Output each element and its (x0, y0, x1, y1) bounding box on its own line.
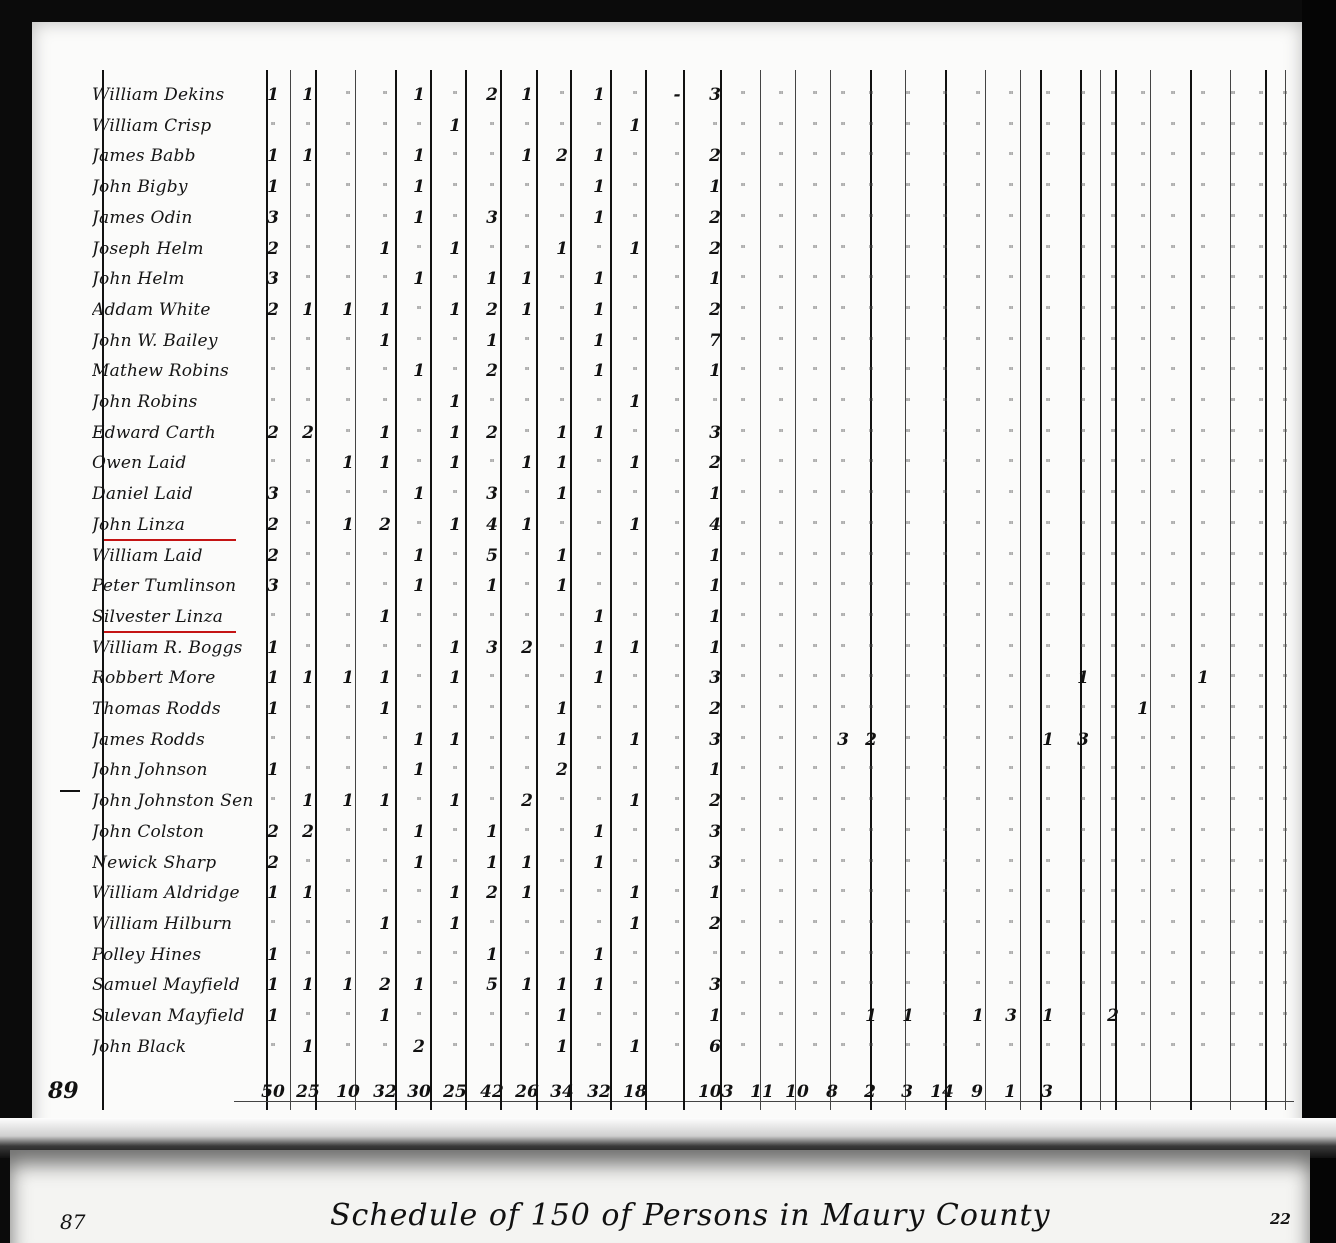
tally-cell: " (963, 85, 993, 102)
tally-cell: 1 (477, 822, 507, 842)
tally-cell: " (258, 1037, 288, 1054)
tally-cell: " (547, 791, 577, 808)
tally-cell: " (856, 914, 886, 931)
tally-cell: " (766, 576, 796, 593)
tally-cell: " (1270, 853, 1300, 870)
column-total: 14 (925, 1082, 959, 1102)
tally-cell: " (1188, 791, 1218, 808)
tally-cell: " (1270, 1037, 1300, 1054)
tally-cell: " (1098, 392, 1128, 409)
tally-cell: " (1270, 116, 1300, 133)
tally-cell: " (856, 515, 886, 532)
tally-cell: " (728, 1037, 758, 1054)
tally-cell: " (828, 300, 858, 317)
tally-cell: " (800, 239, 830, 256)
tally-cell: " (963, 453, 993, 470)
tally-cell: " (963, 515, 993, 532)
tally-cell: " (404, 668, 434, 685)
tally-cell: " (856, 208, 886, 225)
margin-dash-mark (60, 790, 80, 792)
tally-cell: " (1033, 638, 1063, 655)
tally-cell: " (512, 914, 542, 931)
tally-cell: " (1128, 146, 1158, 163)
tally-cell: " (662, 116, 692, 133)
tally-cell: 2 (258, 546, 288, 566)
tally-cell: " (333, 914, 363, 931)
tally-cell: " (1033, 576, 1063, 593)
tally-cell: " (1158, 576, 1188, 593)
household-name: William Crisp (92, 116, 267, 136)
tally-cell: " (856, 331, 886, 348)
tally-cell: " (828, 576, 858, 593)
tally-cell: " (440, 576, 470, 593)
tally-cell: " (856, 699, 886, 716)
tally-cell: 1 (584, 975, 614, 995)
tally-cell: " (1270, 576, 1300, 593)
tally-cell: " (1218, 576, 1248, 593)
tally-cell: 2 (370, 515, 400, 535)
tally-cell: " (370, 730, 400, 747)
tally-cell: " (963, 853, 993, 870)
tally-cell: 2 (477, 423, 507, 443)
tally-cell: " (1033, 945, 1063, 962)
tally-cell: " (1158, 392, 1188, 409)
tally-cell: " (800, 546, 830, 563)
household-name: William Aldridge (92, 883, 267, 903)
tally-cell: " (333, 945, 363, 962)
tally-cell: " (1188, 208, 1218, 225)
tally-cell: " (1033, 453, 1063, 470)
tally-cell: " (333, 361, 363, 378)
tally-cell: " (893, 668, 923, 685)
tally-cell: " (1158, 453, 1188, 470)
column-total: 9 (960, 1082, 994, 1102)
tally-cell: 1 (293, 300, 323, 320)
tally-cell: " (370, 576, 400, 593)
tally-cell: " (700, 945, 730, 962)
tally-cell: 1 (584, 607, 614, 627)
tally-cell: 1 (440, 453, 470, 473)
tally-cell: " (1218, 914, 1248, 931)
tally-cell: " (1218, 361, 1248, 378)
tally-cell: " (800, 116, 830, 133)
tally-cell: " (620, 975, 650, 992)
tally-cell: 3 (258, 269, 288, 289)
tally-cell: " (512, 208, 542, 225)
tally-cell: " (1098, 85, 1128, 102)
tally-cell: " (996, 484, 1026, 501)
household-name: William Hilburn (92, 914, 267, 934)
tally-cell: " (828, 423, 858, 440)
tally-cell: 1 (258, 760, 288, 780)
column-total: 25 (291, 1082, 325, 1102)
tally-cell: 1 (547, 1006, 577, 1026)
tally-cell: " (728, 484, 758, 501)
tally-cell: " (1068, 1037, 1098, 1054)
household-name: Sulevan Mayfield (92, 1006, 267, 1026)
tally-cell: " (370, 146, 400, 163)
tally-cell: " (1270, 975, 1300, 992)
tally-cell: " (728, 822, 758, 839)
tally-cell: " (477, 699, 507, 716)
tally-cell: " (1218, 945, 1248, 962)
tally-cell: " (800, 515, 830, 532)
tally-cell: 1 (293, 975, 323, 995)
tally-cell: " (800, 975, 830, 992)
tally-cell: " (1218, 853, 1248, 870)
tally-cell: " (293, 361, 323, 378)
tally-cell: " (856, 239, 886, 256)
red-underline (104, 631, 236, 633)
household-name: John Bigby (92, 177, 267, 197)
tally-cell: " (1158, 730, 1188, 747)
tally-cell: 1 (440, 730, 470, 750)
tally-cell: " (1218, 331, 1248, 348)
tally-cell: " (800, 576, 830, 593)
tally-cell: " (1068, 975, 1098, 992)
tally-cell: 1 (404, 85, 434, 105)
tally-cell: " (512, 1006, 542, 1023)
tally-cell: " (856, 423, 886, 440)
tally-cell: 1 (404, 576, 434, 596)
tally-cell: " (996, 515, 1026, 532)
tally-cell: " (370, 1037, 400, 1054)
tally-cell: " (996, 822, 1026, 839)
tally-cell: " (1098, 146, 1128, 163)
tally-cell: " (856, 822, 886, 839)
tally-cell: " (893, 853, 923, 870)
tally-cell: " (293, 484, 323, 501)
tally-cell: " (1158, 177, 1188, 194)
tally-cell: " (1188, 453, 1218, 470)
tally-cell: " (258, 914, 288, 931)
tally-cell: " (728, 116, 758, 133)
tally-cell: " (1098, 331, 1128, 348)
tally-cell: " (930, 576, 960, 593)
tally-cell: " (293, 945, 323, 962)
tally-cell: " (662, 208, 692, 225)
tally-cell: " (1188, 760, 1218, 777)
tally-cell: " (620, 576, 650, 593)
tally-cell: " (1218, 791, 1248, 808)
tally-cell: 1 (584, 300, 614, 320)
tally-cell: 1 (477, 945, 507, 965)
tally-cell: " (728, 423, 758, 440)
tally-cell: " (728, 791, 758, 808)
tally-cell: " (828, 699, 858, 716)
tally-cell: " (1218, 208, 1248, 225)
tally-cell: " (856, 361, 886, 378)
column-total: 32 (582, 1082, 616, 1102)
tally-cell: " (1128, 822, 1158, 839)
tally-cell: " (1270, 331, 1300, 348)
tally-cell: " (1218, 239, 1248, 256)
tally-cell: 1 (620, 914, 650, 934)
tally-cell: " (477, 1037, 507, 1054)
tally-cell: 1 (547, 699, 577, 719)
tally-cell: 2 (293, 423, 323, 443)
tally-cell: " (1068, 300, 1098, 317)
tally-cell: " (620, 822, 650, 839)
tally-cell: 1 (584, 146, 614, 166)
tally-cell: " (620, 607, 650, 624)
tally-cell: 2 (547, 760, 577, 780)
tally-cell: " (477, 146, 507, 163)
tally-cell: " (996, 208, 1026, 225)
tally-cell: " (512, 699, 542, 716)
tally-cell: " (800, 177, 830, 194)
tally-cell: " (1158, 546, 1188, 563)
tally-cell: " (800, 85, 830, 102)
tally-cell: " (1218, 822, 1248, 839)
tally-cell: " (930, 1037, 960, 1054)
tally-cell: " (856, 453, 886, 470)
tally-cell: " (1068, 853, 1098, 870)
tally-cell: " (963, 699, 993, 716)
tally-cell: 4 (477, 515, 507, 535)
tally-cell: " (1033, 853, 1063, 870)
tally-cell: " (333, 1006, 363, 1023)
tally-cell: " (477, 760, 507, 777)
tally-cell: " (1033, 914, 1063, 931)
tally-cell: 1 (404, 208, 434, 228)
tally-cell: " (1128, 423, 1158, 440)
tally-cell: 1 (1128, 699, 1158, 719)
tally-cell: " (856, 116, 886, 133)
household-name: Daniel Laid (92, 484, 267, 504)
tally-cell: " (404, 392, 434, 409)
tally-cell: " (1188, 853, 1218, 870)
tally-cell: 3 (258, 208, 288, 228)
tally-cell: " (547, 116, 577, 133)
tally-cell: 1 (370, 668, 400, 688)
tally-cell: " (930, 668, 960, 685)
tally-cell: " (856, 668, 886, 685)
tally-cell: 1 (700, 484, 730, 504)
tally-cell: " (800, 1037, 830, 1054)
tally-cell: 1 (620, 730, 650, 750)
tally-cell: " (620, 85, 650, 102)
tally-cell: " (1128, 269, 1158, 286)
tally-cell: 1 (404, 484, 434, 504)
tally-cell: 2 (258, 515, 288, 535)
tally-cell: 1 (477, 331, 507, 351)
tally-cell: " (766, 699, 796, 716)
tally-cell: " (856, 146, 886, 163)
tally-cell: " (293, 853, 323, 870)
tally-cell: " (1218, 300, 1248, 317)
tally-cell: " (1128, 239, 1158, 256)
tally-cell: " (1188, 638, 1218, 655)
tally-cell: " (662, 945, 692, 962)
tally-cell: - (662, 85, 692, 105)
tally-cell: " (728, 361, 758, 378)
column-total: 42 (475, 1082, 509, 1102)
tally-cell: " (766, 269, 796, 286)
tally-cell: " (512, 730, 542, 747)
tally-cell: 1 (547, 576, 577, 596)
tally-cell: " (584, 576, 614, 593)
tally-cell: 3 (700, 423, 730, 443)
tally-cell: " (828, 208, 858, 225)
tally-cell: " (728, 515, 758, 532)
tally-cell: " (700, 116, 730, 133)
tally-cell: " (620, 146, 650, 163)
column-total: 11 (745, 1082, 779, 1102)
tally-cell: 2 (477, 300, 507, 320)
tally-cell: " (440, 853, 470, 870)
tally-cell: " (828, 546, 858, 563)
tally-cell: " (893, 331, 923, 348)
tally-cell: " (1270, 361, 1300, 378)
tally-cell: " (1270, 484, 1300, 501)
tally-cell: " (1068, 392, 1098, 409)
column-total: 2 (853, 1082, 887, 1102)
tally-cell: " (1158, 515, 1188, 532)
tally-cell: " (1098, 423, 1128, 440)
tally-cell: " (1188, 607, 1218, 624)
tally-cell: " (800, 791, 830, 808)
tally-cell: " (333, 576, 363, 593)
tally-cell: 2 (700, 791, 730, 811)
red-underline (104, 539, 236, 541)
tally-cell: 4 (700, 515, 730, 535)
tally-cell: " (1068, 914, 1098, 931)
tally-cell: 1 (547, 484, 577, 504)
tally-cell: 2 (700, 300, 730, 320)
tally-cell: " (333, 883, 363, 900)
tally-cell: 5 (477, 546, 507, 566)
tally-cell: 1 (584, 85, 614, 105)
tally-cell: " (404, 638, 434, 655)
tally-cell: " (440, 760, 470, 777)
tally-cell: " (1033, 392, 1063, 409)
tally-cell: " (1218, 269, 1248, 286)
tally-cell: " (370, 208, 400, 225)
tally-cell: 7 (700, 331, 730, 351)
tally-cell: " (1188, 515, 1218, 532)
tally-cell: " (333, 699, 363, 716)
tally-cell: " (800, 607, 830, 624)
tally-cell: " (1218, 1037, 1248, 1054)
tally-cell: " (893, 730, 923, 747)
tally-cell: 1 (404, 269, 434, 289)
tally-cell: " (1098, 607, 1128, 624)
tally-cell: " (728, 945, 758, 962)
tally-cell: " (1270, 607, 1300, 624)
tally-cell: 2 (370, 975, 400, 995)
tally-cell: " (1158, 208, 1188, 225)
tally-cell: " (963, 146, 993, 163)
tally-cell: " (828, 822, 858, 839)
tally-cell: " (547, 883, 577, 900)
tally-cell: " (1158, 699, 1188, 716)
tally-cell: 1 (620, 116, 650, 136)
tally-cell: " (996, 668, 1026, 685)
tally-cell: " (293, 546, 323, 563)
tally-cell: 1 (370, 453, 400, 473)
folio-number: 22 (1270, 1210, 1291, 1228)
tally-cell: 1 (584, 822, 614, 842)
tally-cell: " (766, 177, 796, 194)
tally-cell: " (477, 177, 507, 194)
tally-cell: " (662, 146, 692, 163)
tally-cell: " (1068, 85, 1098, 102)
tally-cell: " (1158, 975, 1188, 992)
tally-cell: 1 (547, 730, 577, 750)
tally-cell: " (620, 361, 650, 378)
tally-cell: 1 (547, 546, 577, 566)
tally-cell: " (963, 883, 993, 900)
tally-cell: " (996, 760, 1026, 777)
tally-cell: " (333, 760, 363, 777)
tally-cell: " (1158, 269, 1188, 286)
tally-cell: 1 (404, 760, 434, 780)
column-total: 32 (368, 1082, 402, 1102)
tally-cell: " (620, 331, 650, 348)
tally-cell: " (293, 515, 323, 532)
tally-cell: " (1033, 208, 1063, 225)
tally-cell: " (996, 638, 1026, 655)
tally-cell: 1 (333, 515, 363, 535)
tally-cell: 1 (440, 668, 470, 688)
tally-cell: " (584, 791, 614, 808)
tally-cell: " (800, 361, 830, 378)
tally-cell: " (800, 1006, 830, 1023)
tally-cell: " (1128, 1037, 1158, 1054)
tally-cell: " (930, 515, 960, 532)
tally-cell: " (1128, 853, 1158, 870)
tally-cell: " (800, 484, 830, 501)
tally-cell: 3 (700, 730, 730, 750)
tally-cell: " (1270, 668, 1300, 685)
tally-cell: " (258, 331, 288, 348)
tally-cell: " (1128, 85, 1158, 102)
tally-cell: " (584, 699, 614, 716)
tally-cell: " (1033, 668, 1063, 685)
tally-cell: " (440, 208, 470, 225)
tally-cell: " (584, 883, 614, 900)
tally-cell: " (1218, 760, 1248, 777)
tally-cell: " (620, 269, 650, 286)
tally-cell: " (828, 239, 858, 256)
tally-cell: " (1068, 883, 1098, 900)
tally-cell: " (766, 208, 796, 225)
tally-cell: " (333, 853, 363, 870)
tally-cell: " (404, 453, 434, 470)
tally-cell: 2 (258, 300, 288, 320)
tally-cell: 1 (440, 423, 470, 443)
tally-cell: " (996, 300, 1026, 317)
tally-cell: " (1128, 453, 1158, 470)
tally-cell: 3 (477, 208, 507, 228)
tally-cell: " (1158, 85, 1188, 102)
tally-cell: 2 (1098, 1006, 1128, 1026)
column-total: 10 (331, 1082, 365, 1102)
tally-cell: 1 (440, 883, 470, 903)
tally-cell: " (996, 146, 1026, 163)
tally-cell: " (584, 239, 614, 256)
tally-cell: " (1270, 453, 1300, 470)
tally-cell: " (893, 638, 923, 655)
column-total: 3 (890, 1082, 924, 1102)
tally-cell: " (728, 760, 758, 777)
tally-cell: " (828, 975, 858, 992)
tally-cell: 1 (440, 515, 470, 535)
tally-cell: " (800, 300, 830, 317)
tally-cell: 1 (258, 883, 288, 903)
tally-cell: " (963, 822, 993, 839)
